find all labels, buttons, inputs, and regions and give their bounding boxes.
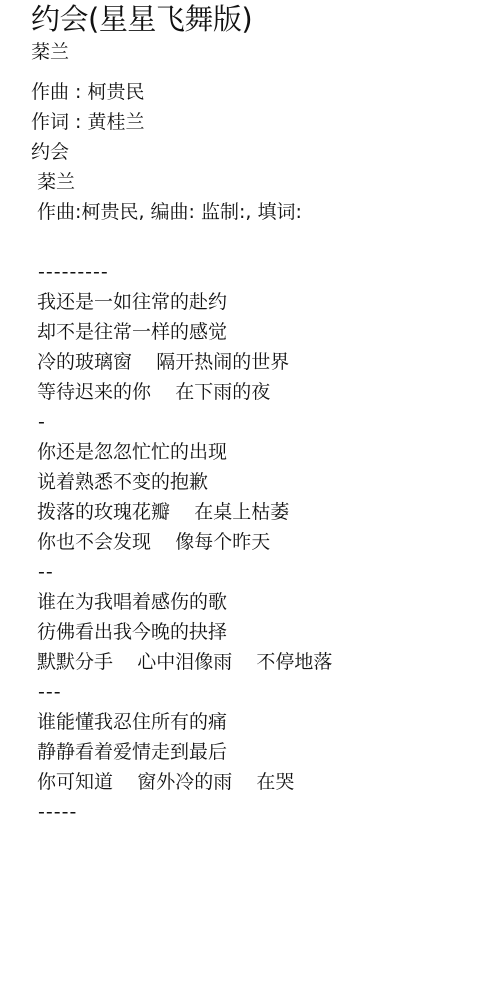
lyric-separator: --------- [31, 257, 500, 287]
lyric-separator: -- [31, 557, 500, 587]
lyric-line: 棻兰 [31, 167, 500, 197]
lyric-line: 我还是一如往常的赴约 [31, 287, 500, 317]
song-title: 约会(星星飞舞版) [31, 0, 500, 38]
lyric-separator: - [31, 407, 500, 437]
lyric-line: 拨落的玫瑰花瓣 在桌上枯萎 [31, 497, 500, 527]
lyric-line: 说着熟悉不变的抱歉 [31, 467, 500, 497]
lyric-line: 彷佛看出我今晚的抉择 [31, 617, 500, 647]
lyric-line: 你也不会发现 像每个昨天 [31, 527, 500, 557]
lyricist-credit: 作词 : 黄桂兰 [31, 107, 500, 137]
lyric-line: 冷的玻璃窗 隔开热闹的世界 [31, 347, 500, 377]
lyric-separator: --- [31, 677, 500, 707]
lyric-separator: ----- [31, 797, 500, 827]
lyric-line: 你还是忽忽忙忙的出现 [31, 437, 500, 467]
lyric-line: 等待迟来的你 在下雨的夜 [31, 377, 500, 407]
lyric-line: 静静看着爱情走到最后 [31, 737, 500, 767]
lyric-line: 默默分手 心中泪像雨 不停地落 [31, 647, 500, 677]
composer-credit: 作曲 : 柯贵民 [31, 77, 500, 107]
lyrics-body: 约会 棻兰 作曲:柯贵民, 编曲: 监制:, 填词: --------- 我还是… [31, 137, 500, 827]
lyric-line: 谁能懂我忍住所有的痛 [31, 707, 500, 737]
lyric-line: 作曲:柯贵民, 编曲: 监制:, 填词: [31, 197, 500, 227]
lyric-line: 谁在为我唱着感伤的歌 [31, 587, 500, 617]
lyric-line: 约会 [31, 137, 500, 167]
lyric-line: 却不是往常一样的感觉 [31, 317, 500, 347]
song-credits: 作曲 : 柯贵民 作词 : 黄桂兰 [31, 77, 500, 137]
song-artist: 棻兰 [31, 37, 500, 67]
lyric-line [31, 227, 500, 257]
lyric-line: 你可知道 窗外冷的雨 在哭 [31, 767, 500, 797]
lyrics-page: 约会(星星飞舞版) 棻兰 作曲 : 柯贵民 作词 : 黄桂兰 约会 棻兰 作曲:… [31, 0, 500, 827]
